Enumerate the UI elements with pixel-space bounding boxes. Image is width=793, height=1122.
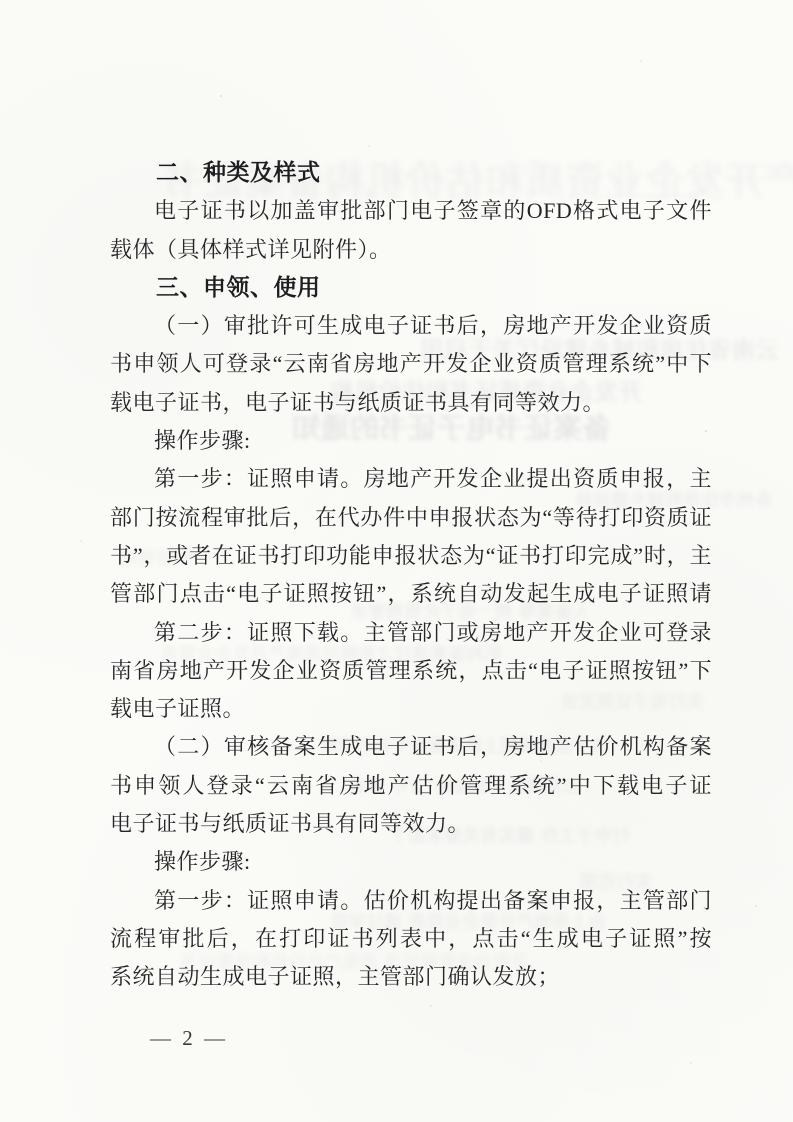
text-line: 载体（具体样式详见附件）。 — [110, 231, 712, 269]
para-record-filing: （二）审核备案生成电子证书后，房地产估价机构备案证书申领人登录“云南省房地产估价… — [110, 728, 712, 843]
para-steps-label-1: 操作步骤: — [110, 422, 712, 460]
text-line: 书”，或者在证书打印功能申报状态为“证书打印完成”时，主 — [110, 537, 712, 575]
text-line: （一）审批许可生成电子证书后，房地产开发企业资质证 — [110, 307, 712, 345]
text-line: 管部门点击“电子证照按钮”，系统自动发起生成电子证照请求； — [110, 575, 712, 613]
page-number: — 2 — — [150, 1026, 228, 1051]
text-line: 电子证书与纸质证书具有同等效力。 — [110, 805, 712, 843]
text-line: 第一步：证照申请。估价机构提出备案申报，主管部门按 — [110, 882, 712, 920]
text-line: 载电子证书，电子证书与纸质证书具有同等效力。 — [110, 384, 712, 422]
scan-noise-speckles — [0, 0, 2, 2]
para-step2-license-download: 第二步：证照下载。主管部门或房地产开发企业可登录云南省房地产开发企业资质管理系统… — [110, 614, 712, 729]
heading-line: 三、申领、使用 — [110, 269, 712, 307]
text-line: 操作步骤: — [110, 843, 712, 881]
document-body: 二、种类及样式电子证书以加盖审批部门电子签章的OFD格式电子文件为载体（具体样式… — [110, 154, 712, 997]
para-approval-license: （一）审批许可生成电子证书后，房地产开发企业资质证书申领人可登录“云南省房地产开… — [110, 307, 712, 422]
para-step1-valuation: 第一步：证照申请。估价机构提出备案申报，主管部门按流程审批后，在打印证书列表中，… — [110, 882, 712, 997]
para-ofd-carrier: 电子证书以加盖审批部门电子签章的OFD格式电子文件为载体（具体样式详见附件）。 — [110, 192, 712, 269]
para-step1-license-apply: 第一步：证照申请。房地产开发企业提出资质申报，主管部门按流程审批后，在代办件中申… — [110, 460, 712, 613]
text-line: 流程审批后，在打印证书列表中，点击“生成电子证照”按钮， — [110, 920, 712, 958]
text-line: 载电子证照。 — [110, 690, 712, 728]
text-line: （二）审核备案生成电子证书后，房地产估价机构备案证 — [110, 728, 712, 766]
heading-line: 二、种类及样式 — [110, 154, 712, 192]
heading-section-2: 二、种类及样式 — [110, 154, 712, 192]
text-line: 第一步：证照申请。房地产开发企业提出资质申报，主管 — [110, 460, 712, 498]
text-line: 书申领人可登录“云南省房地产开发企业资质管理系统”中下 — [110, 345, 712, 383]
text-line: 第二步：证照下载。主管部门或房地产开发企业可登录云 — [110, 614, 712, 652]
heading-section-3: 三、申领、使用 — [110, 269, 712, 307]
text-line: 书申领人登录“云南省房地产估价管理系统”中下载电子证书， — [110, 767, 712, 805]
text-line: 南省房地产开发企业资质管理系统，点击“电子证照按钮”下 — [110, 652, 712, 690]
text-line: 电子证书以加盖审批部门电子签章的OFD格式电子文件为 — [110, 192, 712, 230]
scanned-document-page: 启用房地产开发企业资质和估价机构备案证书云南省住房和城乡建设厅关于启用开发企业资… — [0, 0, 793, 1122]
text-line: 操作步骤: — [110, 422, 712, 460]
text-line: 系统自动生成电子证照，主管部门确认发放； — [110, 958, 712, 996]
para-steps-label-2: 操作步骤: — [110, 843, 712, 881]
text-line: 部门按流程审批后，在代办件中申报状态为“等待打印资质证 — [110, 499, 712, 537]
